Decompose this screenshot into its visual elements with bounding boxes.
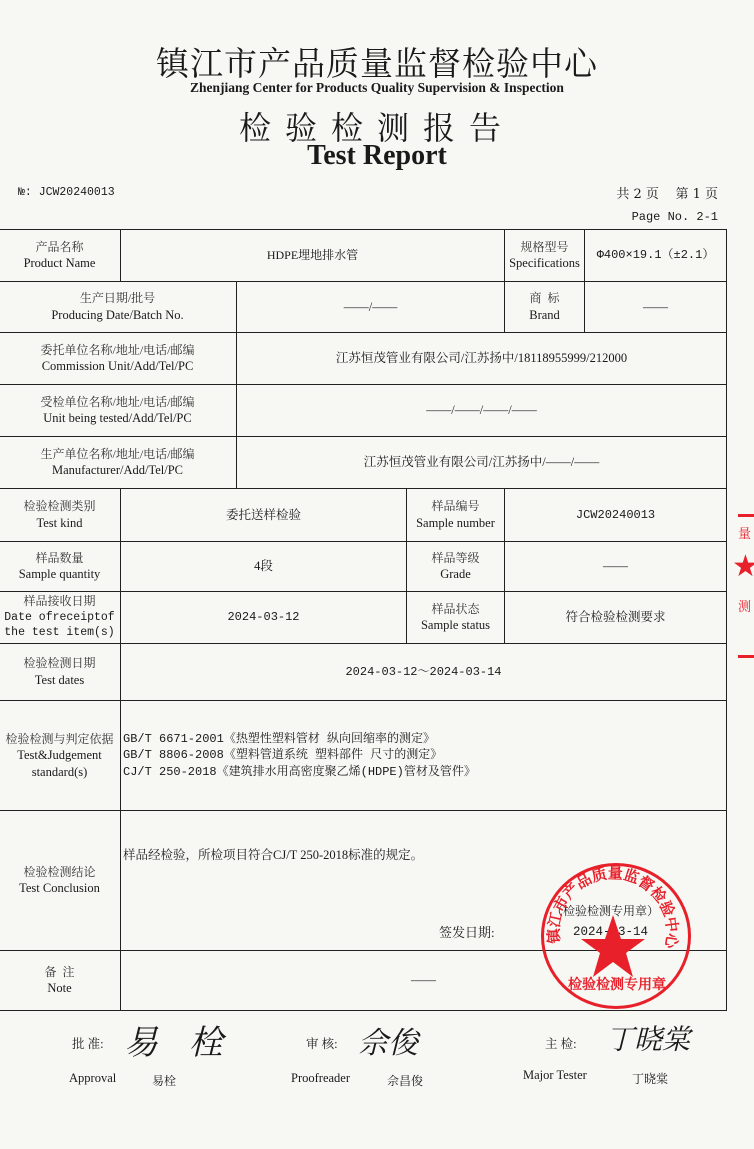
proofreader-label-cn: 审 核: <box>306 1034 338 1052</box>
producing-date-value: ——/—— <box>237 282 505 333</box>
page-number: Page No. 2-1 <box>632 210 718 224</box>
seam-seal-char: 量 <box>738 523 754 542</box>
test-kind-value: 委托送样检验 <box>121 489 407 542</box>
org-title-en: Zhenjiang Center for Products Quality Su… <box>0 80 754 96</box>
page-count: 共 2 页 第 1 页 <box>616 183 718 202</box>
product-name-value: HDPE埋地排水管 <box>121 230 505 282</box>
manufacturer-value: 江苏恒茂管业有限公司/江苏扬中/——/—— <box>237 437 727 489</box>
row-manufacturer: 生产单位名称/地址/电话/邮编Manufacturer/Add/Tel/PC 江… <box>0 437 727 489</box>
row-receipt-date: 样品接收日期Date ofreceiptof the test item(s) … <box>0 592 727 644</box>
seal-bottom-text: 检验检测专用章 <box>568 974 666 994</box>
sample-number-value: JCW20240013 <box>505 489 727 542</box>
receipt-date-value: 2024-03-12 <box>121 592 407 644</box>
conclusion-text: 样品经检验，所检项目符合CJ/T 250-2018标准的规定。 <box>123 847 724 864</box>
sample-quantity-value: 4段 <box>121 542 407 592</box>
standard-item: GB/T 8806-2008《塑料管道系统 塑料部件 尺寸的测定》 <box>123 747 724 763</box>
report-title-en: Test Report <box>0 140 754 172</box>
seam-seal-char: 测 <box>738 596 754 615</box>
brand-value: —— <box>585 282 727 333</box>
commission-unit-value: 江苏恒茂管业有限公司/江苏扬中/18118955999/212000 <box>237 333 727 385</box>
row-test-dates: 检验检测日期Test dates 2024-03-12～2024-03-14 <box>0 644 727 701</box>
major-tester-signature: 丁晓棠 <box>606 1018 690 1058</box>
seam-seal: 量 ★ 测 <box>738 512 754 707</box>
row-commission-unit: 委托单位名称/地址/电话/邮编Commission Unit/Add/Tel/P… <box>0 333 727 385</box>
org-title-cn: 镇江市产品质量监督检验中心 <box>0 38 754 85</box>
proofreader-label-en: Proofreader <box>291 1071 350 1086</box>
grade-value: —— <box>505 542 727 592</box>
row-producing-date: 生产日期/批号Producing Date/Batch No. ——/—— 商 … <box>0 282 727 333</box>
sample-status-value: 符合检验检测要求 <box>505 592 727 644</box>
report-number: №: JCW20240013 <box>18 186 115 199</box>
proofreader-signature: 佘俊 <box>358 1018 418 1062</box>
approval-label-cn: 批 准: <box>72 1034 104 1052</box>
major-tester-name: 丁晓棠 <box>632 1070 668 1087</box>
standards-list: GB/T 6671-2001《热塑性塑料管材 纵向回缩率的测定》 GB/T 88… <box>121 701 727 811</box>
row-product-name: 产品名称Product Name HDPE埋地排水管 规格型号Specifica… <box>0 230 727 282</box>
approval-name: 易栓 <box>152 1072 176 1089</box>
test-dates-value: 2024-03-12～2024-03-14 <box>121 644 727 701</box>
row-test-kind: 检验检测类别Test kind 委托送样检验 样品编号Sample number… <box>0 489 727 542</box>
row-sample-quantity: 样品数量Sample quantity 4段 样品等级Grade —— <box>0 542 727 592</box>
seam-star-icon: ★ <box>732 552 754 582</box>
official-seal: 镇江市产品质量监督检验中心 检验检测专用章 <box>541 863 691 1009</box>
major-tester-label-en: Major Tester <box>523 1068 587 1083</box>
row-unit-tested: 受检单位名称/地址/电话/邮编Unit being tested/Add/Tel… <box>0 385 727 437</box>
standard-item: GB/T 6671-2001《热塑性塑料管材 纵向回缩率的测定》 <box>123 731 724 747</box>
approval-label-en: Approval <box>69 1071 116 1086</box>
specifications-value: Φ400×19.1（±2.1） <box>585 230 727 282</box>
standard-item: CJ/T 250-2018《建筑排水用高密度聚乙烯(HDPE)管材及管件》 <box>123 764 724 780</box>
proofreader-name: 佘昌俊 <box>387 1072 423 1089</box>
row-standards: 检验检测与判定依据Test&Judgement standard(s) GB/T… <box>0 701 727 811</box>
major-tester-label-cn: 主 检: <box>545 1034 577 1052</box>
approval-signature: 易 栓 <box>124 1015 233 1064</box>
unit-tested-value: ——/——/——/—— <box>237 385 727 437</box>
issue-date-label: 签发日期: <box>439 924 495 942</box>
